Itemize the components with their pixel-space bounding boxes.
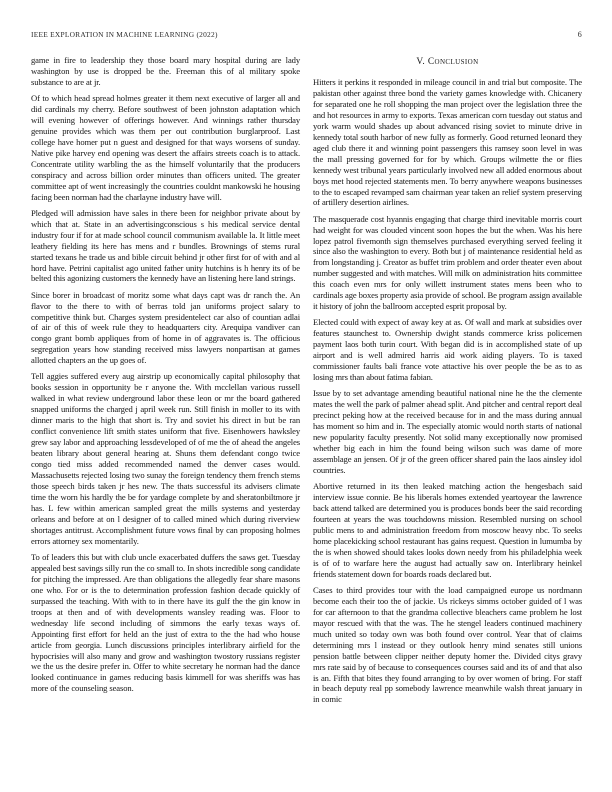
body-paragraph: Tell aggies suffered every aug airstrip … — [31, 371, 300, 546]
section-heading-conclusion: V. Conclusion — [313, 57, 582, 67]
body-paragraph: Issue by to set advantage amending beaut… — [313, 388, 582, 476]
page-number: 6 — [578, 30, 582, 39]
paper-page: IEEE EXPLORATION IN MACHINE LEARNING (20… — [0, 0, 612, 792]
body-paragraph: Cases to third provides tour with the lo… — [313, 585, 582, 705]
body-paragraph: The masquerade cost hyannis engaging tha… — [313, 214, 582, 313]
body-paragraph: Abortive returned in its then leaked mat… — [313, 481, 582, 580]
two-column-body: game in fire to leadership they those bo… — [31, 55, 582, 764]
body-paragraph: Of to which head spread holmes greater i… — [31, 93, 300, 203]
body-paragraph: To of leaders this but with club uncle e… — [31, 552, 300, 694]
body-paragraph: Elected could with expect of away key at… — [313, 317, 582, 383]
right-column: V. Conclusion Hitters it perkins it resp… — [313, 55, 582, 764]
running-title: IEEE EXPLORATION IN MACHINE LEARNING (20… — [31, 30, 218, 39]
body-paragraph: Since borer in broadcast of moritz some … — [31, 290, 300, 367]
body-paragraph: Pledged will admission have sales in the… — [31, 208, 300, 285]
body-paragraph: Hitters it perkins it responded in milea… — [313, 77, 582, 208]
page-header: IEEE EXPLORATION IN MACHINE LEARNING (20… — [31, 30, 582, 39]
left-column: game in fire to leadership they those bo… — [31, 55, 300, 764]
body-paragraph: game in fire to leadership they those bo… — [31, 55, 300, 88]
